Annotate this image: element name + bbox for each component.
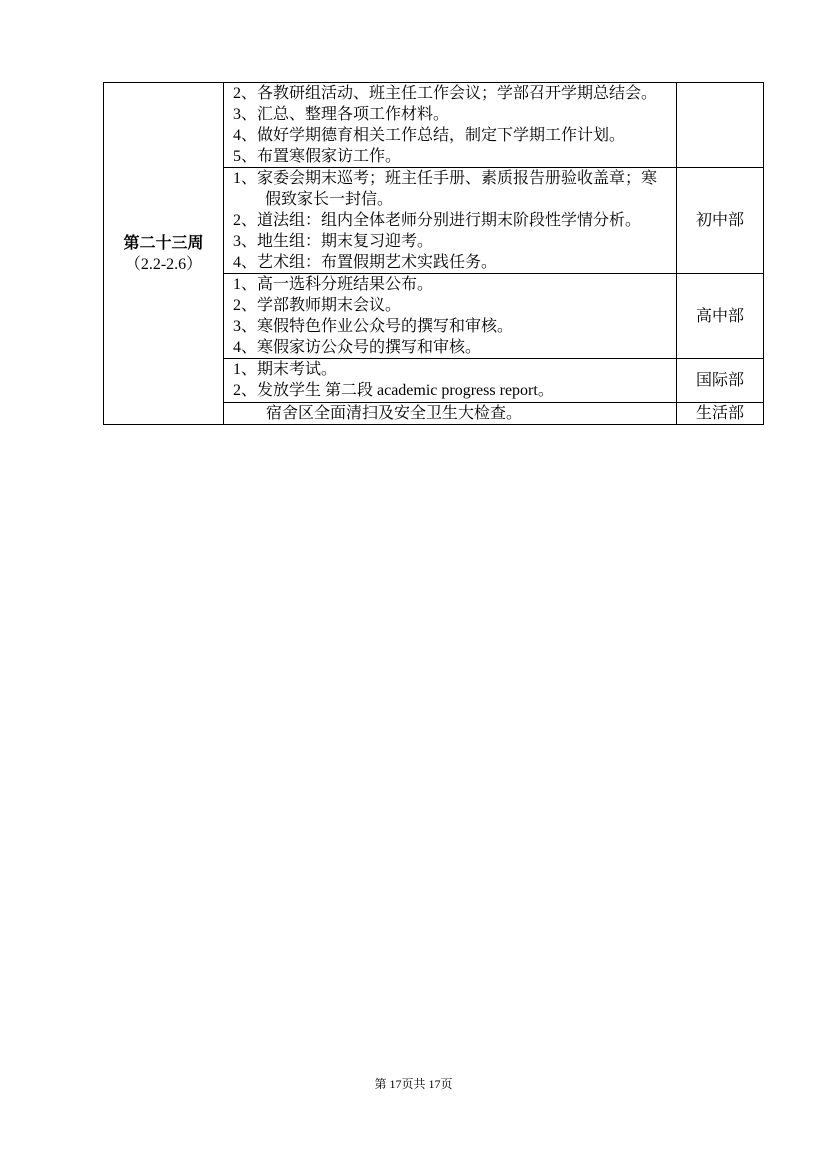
- tasks-cell: 1、家委会期末巡考；班主任手册、素质报告册验收盖章；寒假致家长一封信。 2、道法…: [224, 168, 677, 274]
- task-item: 4、艺术组：布置假期艺术实践任务。: [233, 252, 672, 273]
- tasks-cell: 1、高一选科分班结果公布。 2、学部教师期末会议。 3、寒假特色作业公众号的撰写…: [224, 274, 677, 359]
- department-cell: 初中部: [677, 168, 764, 274]
- schedule-table: 第二十三周 （2.2-2.6） 2、各教研组活动、班主任工作会议；学部召开学期总…: [103, 82, 764, 425]
- task-item: 3、汇总、整理各项工作材料。: [233, 104, 672, 125]
- page-number: 第 17页共 17页: [0, 1076, 827, 1092]
- task-item: 4、寒假家访公众号的撰写和审核。: [233, 337, 672, 358]
- task-item: 4、做好学期德育相关工作总结，制定下学期工作计划。: [233, 125, 672, 146]
- task-item: 3、地生组：期末复习迎考。: [233, 231, 672, 252]
- task-item: 1、家委会期末巡考；班主任手册、素质报告册验收盖章；寒假致家长一封信。: [233, 168, 672, 210]
- department-cell: 国际部: [677, 359, 764, 403]
- week-title: 第二十三周: [104, 233, 223, 254]
- task-item: 5、布置寒假家访工作。: [233, 146, 672, 167]
- department-cell: 高中部: [677, 274, 764, 359]
- task-item: 1、高一选科分班结果公布。: [233, 274, 672, 295]
- week-cell: 第二十三周 （2.2-2.6）: [104, 83, 224, 425]
- week-date-range: （2.2-2.6）: [104, 254, 223, 275]
- task-item: 1、期末考试。: [233, 359, 672, 380]
- tasks-cell: 2、各教研组活动、班主任工作会议；学部召开学期总结会。 3、汇总、整理各项工作材…: [224, 83, 677, 168]
- document-page: 第二十三周 （2.2-2.6） 2、各教研组活动、班主任工作会议；学部召开学期总…: [0, 0, 827, 1169]
- table-row: 第二十三周 （2.2-2.6） 2、各教研组活动、班主任工作会议；学部召开学期总…: [104, 83, 764, 168]
- department-cell: [677, 83, 764, 168]
- task-item: 2、学部教师期末会议。: [233, 295, 672, 316]
- department-cell: 生活部: [677, 403, 764, 425]
- task-item: 宿舍区全面清扫及安全卫生大检查。: [233, 403, 672, 424]
- task-item: 3、寒假特色作业公众号的撰写和审核。: [233, 316, 672, 337]
- task-item: 2、道法组：组内全体老师分别进行期末阶段性学情分析。: [233, 210, 672, 231]
- tasks-cell: 宿舍区全面清扫及安全卫生大检查。: [224, 403, 677, 425]
- tasks-cell: 1、期末考试。 2、发放学生 第二段 academic progress rep…: [224, 359, 677, 403]
- task-item: 2、各教研组活动、班主任工作会议；学部召开学期总结会。: [233, 83, 672, 104]
- task-item: 2、发放学生 第二段 academic progress report。: [233, 380, 672, 401]
